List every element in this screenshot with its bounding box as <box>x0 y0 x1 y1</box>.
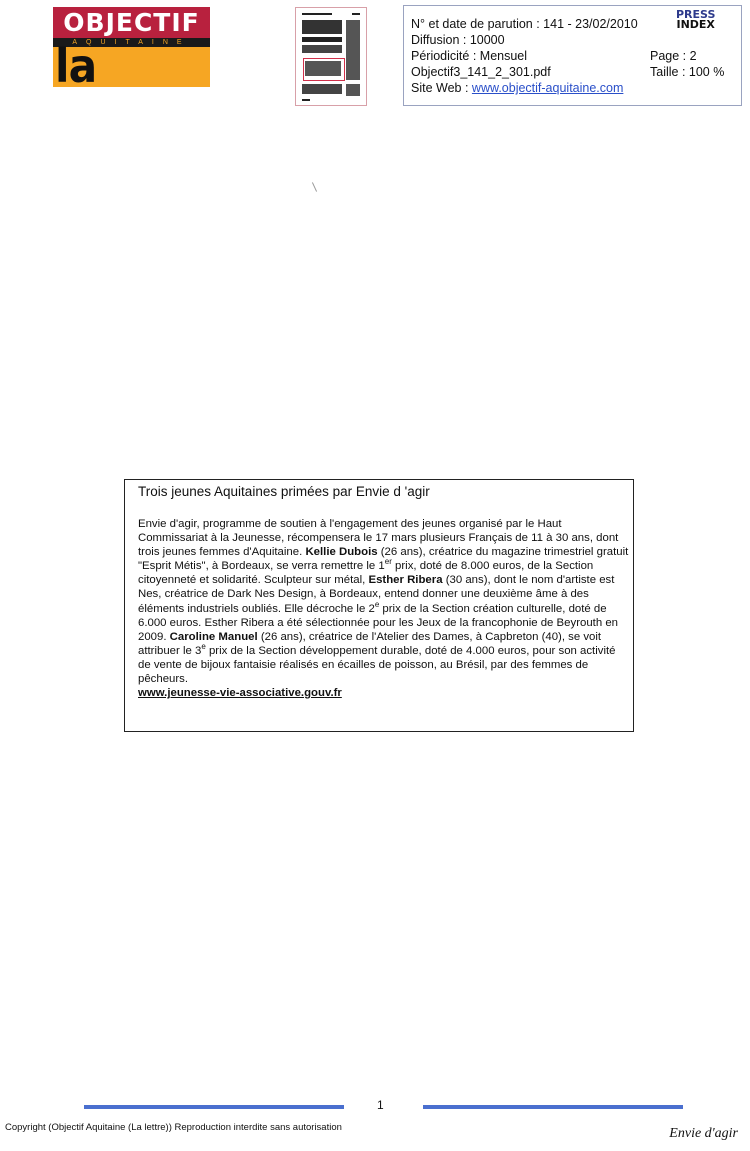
scan-mark <box>312 182 317 191</box>
person-name: Caroline Manuel <box>170 631 258 643</box>
article-body: Envie d'agir, programme de soutien à l'e… <box>138 517 630 700</box>
diffusion-info: Diffusion : 10000 <box>411 33 505 47</box>
website-info: Site Web : www.objectif-aquitaine.com <box>411 81 623 95</box>
person-name: Esther Ribera <box>368 574 442 586</box>
publication-logo: OBJECTIF AQUITAINE la lettre <box>53 7 210 87</box>
client-signature: Envie d'agir <box>669 1126 738 1142</box>
footer-rule-right <box>423 1105 683 1109</box>
ordinal-suffix: er <box>385 557 392 566</box>
article-box: Trois jeunes Aquitaines primées par Envi… <box>124 479 634 732</box>
website-link[interactable]: www.objectif-aquitaine.com <box>472 81 623 95</box>
press-index-logo: PRESS INDEX <box>676 10 715 30</box>
article-link[interactable]: www.jeunesse-vie-associative.gouv.fr <box>138 687 342 699</box>
thumb-line <box>302 99 310 101</box>
thumb-line <box>352 13 360 15</box>
logo-objectif: OBJECTIF <box>53 7 210 38</box>
thumb-line <box>302 13 332 15</box>
periodicity-info: Périodicité : Mensuel <box>411 49 527 63</box>
logo-la-lettre: la lettre <box>55 43 198 87</box>
copyright-notice: Copyright (Objectif Aquitaine (La lettre… <box>5 1122 342 1133</box>
thumb-column <box>346 20 360 80</box>
article-title: Trois jeunes Aquitaines primées par Envi… <box>138 484 430 499</box>
size-info: Taille : 100 % <box>650 65 724 79</box>
person-name: Kellie Dubois <box>305 546 377 558</box>
issue-info: N° et date de parution : 141 - 23/02/201… <box>411 17 638 31</box>
filename-info: Objectif3_141_2_301.pdf <box>411 65 551 79</box>
page-number: 1 <box>377 1098 384 1112</box>
body-text: prix de la Section développement durable… <box>138 645 615 685</box>
thumb-column <box>346 84 360 96</box>
footer-rule-left <box>84 1105 344 1109</box>
thumb-block <box>302 37 342 42</box>
press-info-box: N° et date de parution : 141 - 23/02/201… <box>403 5 742 106</box>
thumb-block <box>302 20 342 34</box>
thumb-block <box>302 84 342 94</box>
thumb-highlight <box>303 58 345 81</box>
page-thumbnail <box>295 7 367 106</box>
page-info: Page : 2 <box>650 49 697 63</box>
press-index-line2: INDEX <box>676 20 715 30</box>
website-label: Site Web : <box>411 81 468 95</box>
thumb-block <box>302 45 342 53</box>
